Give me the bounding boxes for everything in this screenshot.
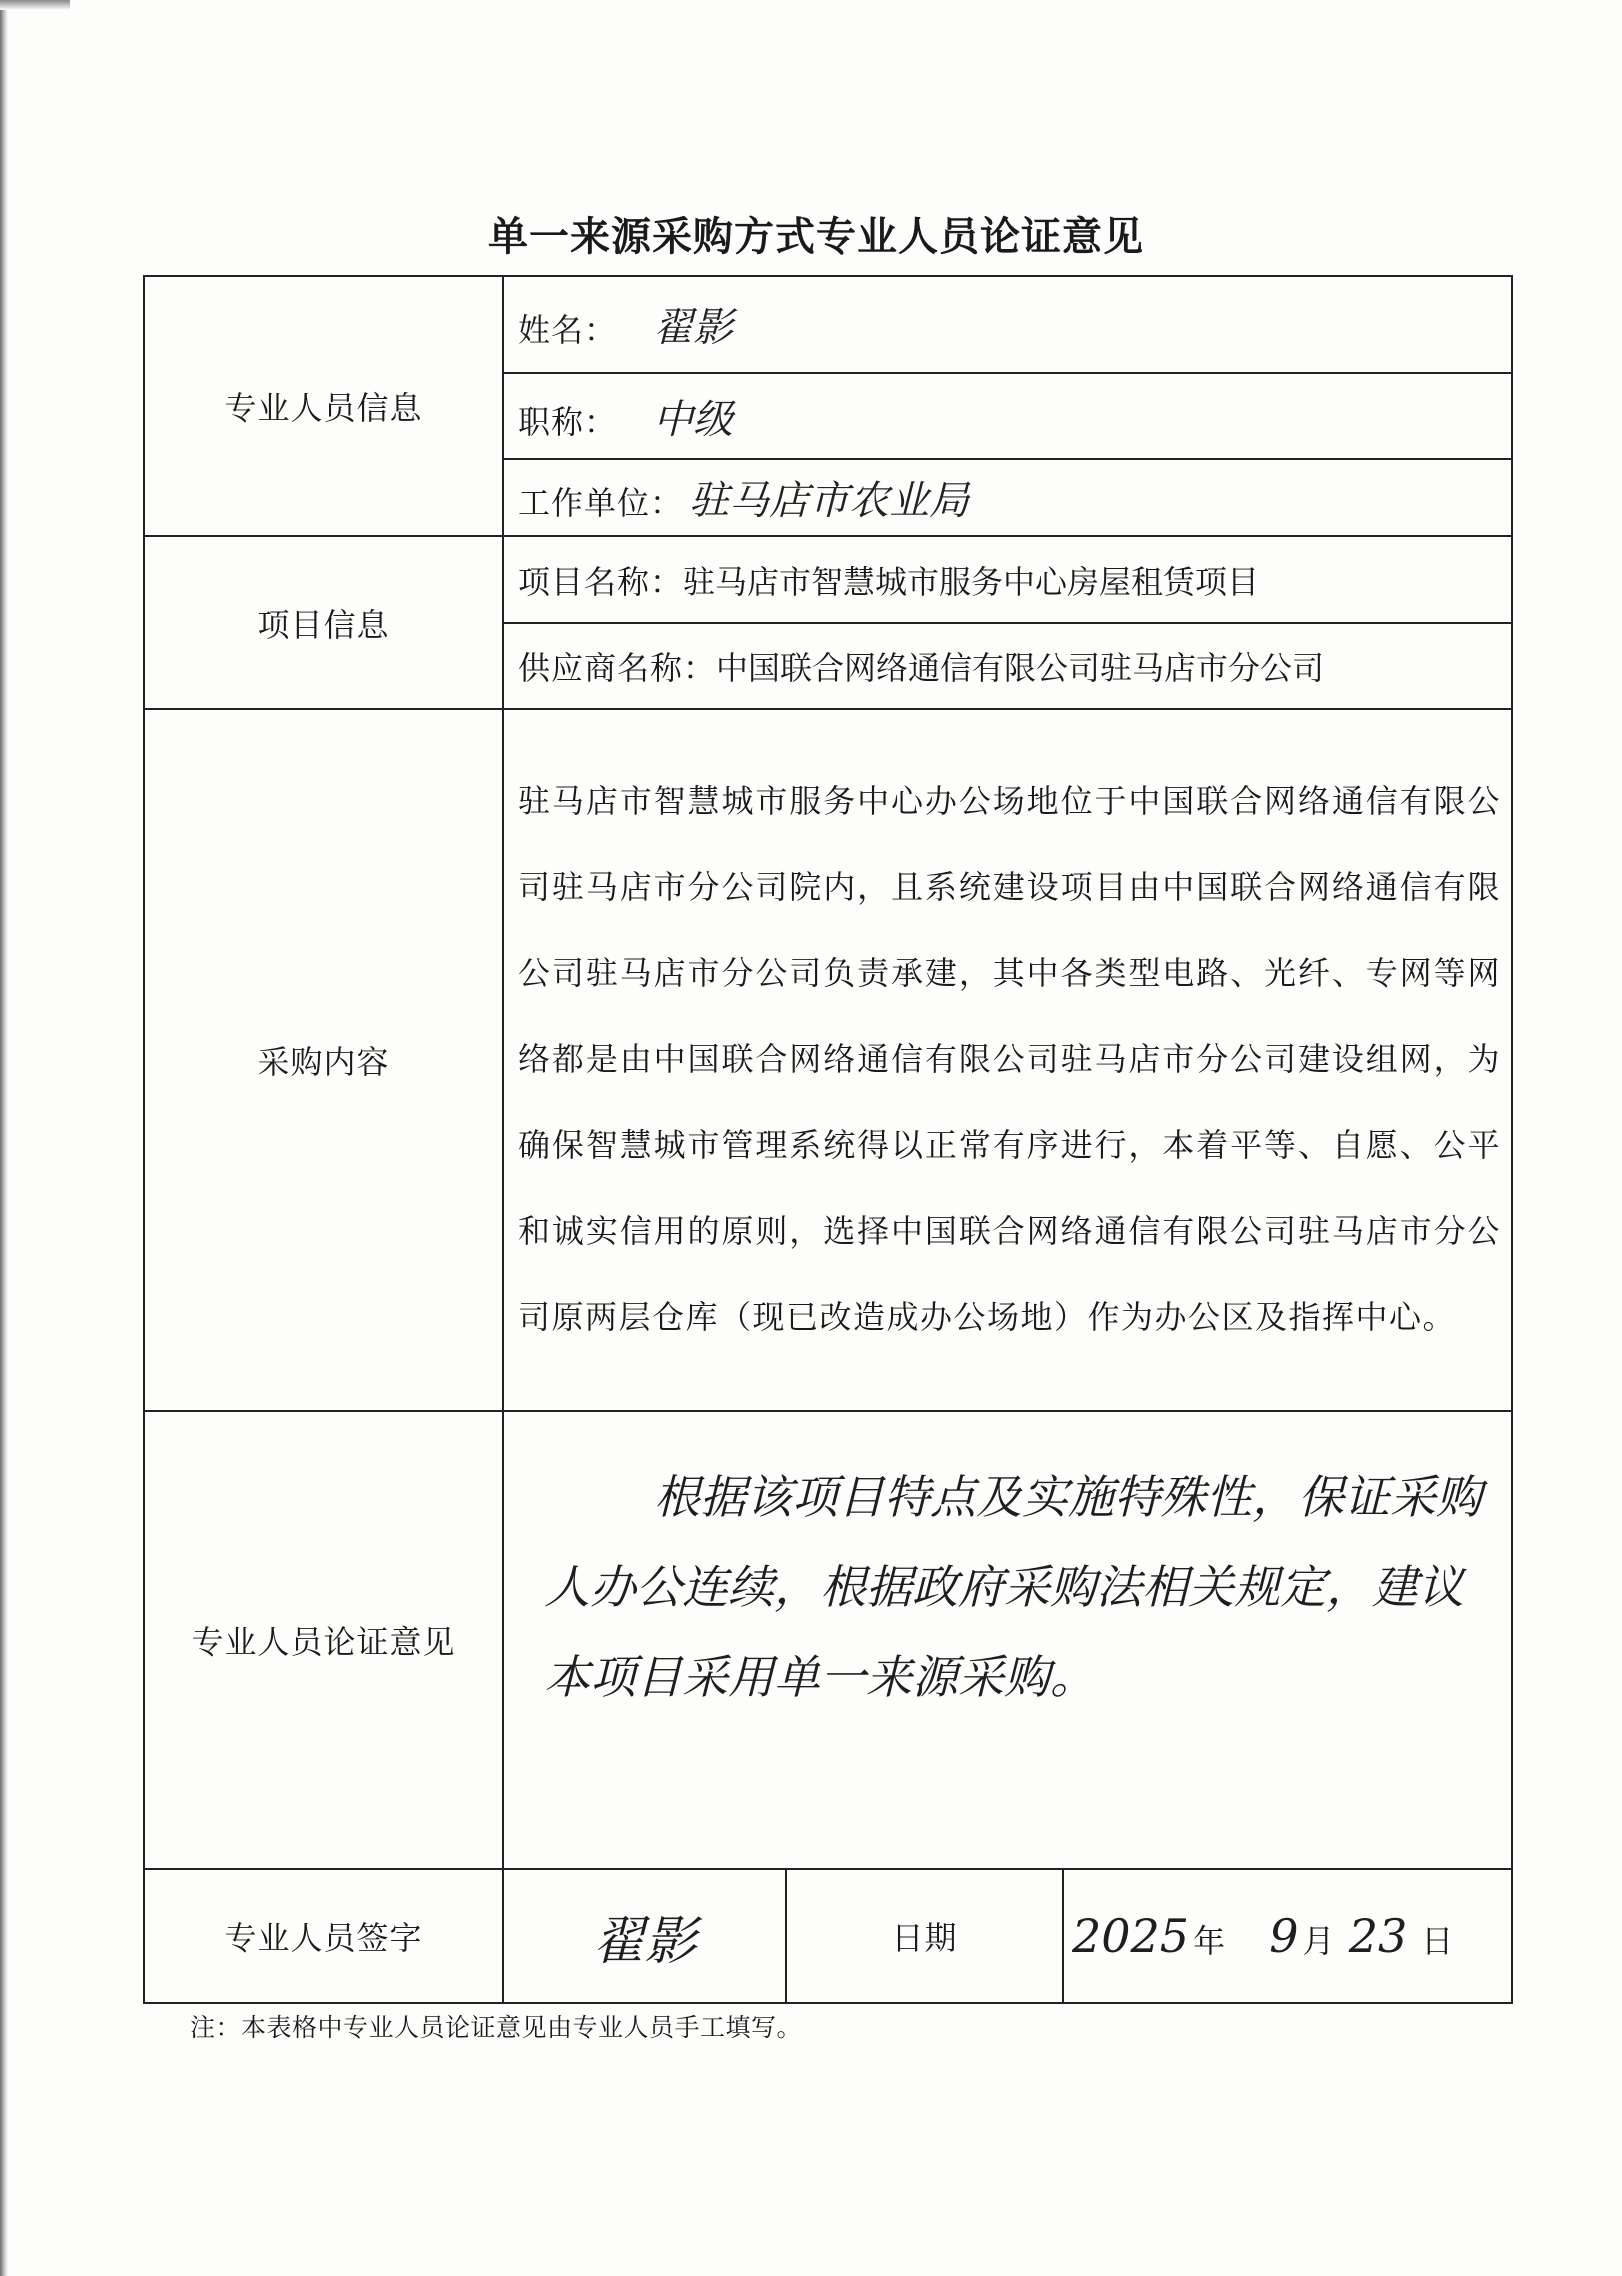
supplier-label: 供应商名称： <box>518 649 716 687</box>
supplier-field: 供应商名称：中国联合网络通信有限公司驻马店市分公司 <box>503 623 1512 709</box>
procurement-section-label: 采购内容 <box>144 709 503 1411</box>
row-project-name: 项目信息 项目名称：驻马店市智慧城市服务中心房屋租赁项目 <box>144 536 1512 623</box>
footer-note: 注：本表格中专业人员论证意见由专业人员手工填写。 <box>190 2008 802 2044</box>
month-unit: 月 <box>1303 1922 1335 1960</box>
opinion-handwritten-text: 根据该项目特点及实施特殊性，保证采购人办公连续，根据政府采购法相关规定，建议本项… <box>503 1411 1512 1869</box>
project-name-label: 项目名称： <box>518 563 683 601</box>
opinion-section-label: 专业人员论证意见 <box>144 1411 503 1869</box>
personnel-section-label: 专业人员信息 <box>144 276 503 536</box>
employer-field: 工作单位：驻马店市农业局 <box>503 459 1512 536</box>
row-name: 专业人员信息 姓名：翟影 <box>144 276 1512 373</box>
day-unit: 日 <box>1421 1922 1453 1960</box>
supplier-value: 中国联合网络通信有限公司驻马店市分公司 <box>716 649 1324 687</box>
name-label: 姓名： <box>518 311 617 349</box>
document-title: 单一来源采购方式专业人员论证意见 <box>0 205 1622 262</box>
employer-label: 工作单位： <box>518 484 683 522</box>
row-signature: 专业人员签字 翟影 日期 2025年 9月 23日 <box>144 1869 1512 2003</box>
signature-section-label: 专业人员签字 <box>144 1869 503 2003</box>
signature-handwritten: 翟影 <box>503 1869 786 2003</box>
title-label: 职称： <box>518 403 617 441</box>
argumentation-form-table: 专业人员信息 姓名：翟影 职称：中级 工作单位：驻马店市农业局 项目信息 项目名… <box>143 275 1513 2004</box>
procurement-content-text: 驻马店市智慧城市服务中心办公场地位于中国联合网络通信有限公司驻马店市分公司院内，… <box>503 709 1512 1411</box>
project-name-value: 驻马店市智慧城市服务中心房屋租赁项目 <box>683 563 1259 601</box>
date-day-handwritten: 23 <box>1349 1909 1408 1963</box>
title-value-handwritten: 中级 <box>653 397 733 443</box>
name-value-handwritten: 翟影 <box>653 305 733 351</box>
row-procurement-content: 采购内容 驻马店市智慧城市服务中心办公场地位于中国联合网络通信有限公司驻马店市分… <box>144 709 1512 1411</box>
project-name-field: 项目名称：驻马店市智慧城市服务中心房屋租赁项目 <box>503 536 1512 623</box>
scan-shadow-edge <box>0 0 8 2276</box>
project-section-label: 项目信息 <box>144 536 503 709</box>
date-label: 日期 <box>786 1869 1063 2003</box>
date-value: 2025年 9月 23日 <box>1063 1869 1512 2003</box>
title-field: 职称：中级 <box>503 373 1512 459</box>
date-year-handwritten: 2025 <box>1072 1909 1189 1963</box>
name-field: 姓名：翟影 <box>503 276 1512 373</box>
scan-shadow-corner <box>0 0 70 10</box>
year-unit: 年 <box>1193 1922 1225 1960</box>
employer-value-handwritten: 驻马店市农业局 <box>689 478 969 524</box>
date-month-handwritten: 9 <box>1269 1909 1298 1963</box>
row-opinion: 专业人员论证意见 根据该项目特点及实施特殊性，保证采购人办公连续，根据政府采购法… <box>144 1411 1512 1869</box>
